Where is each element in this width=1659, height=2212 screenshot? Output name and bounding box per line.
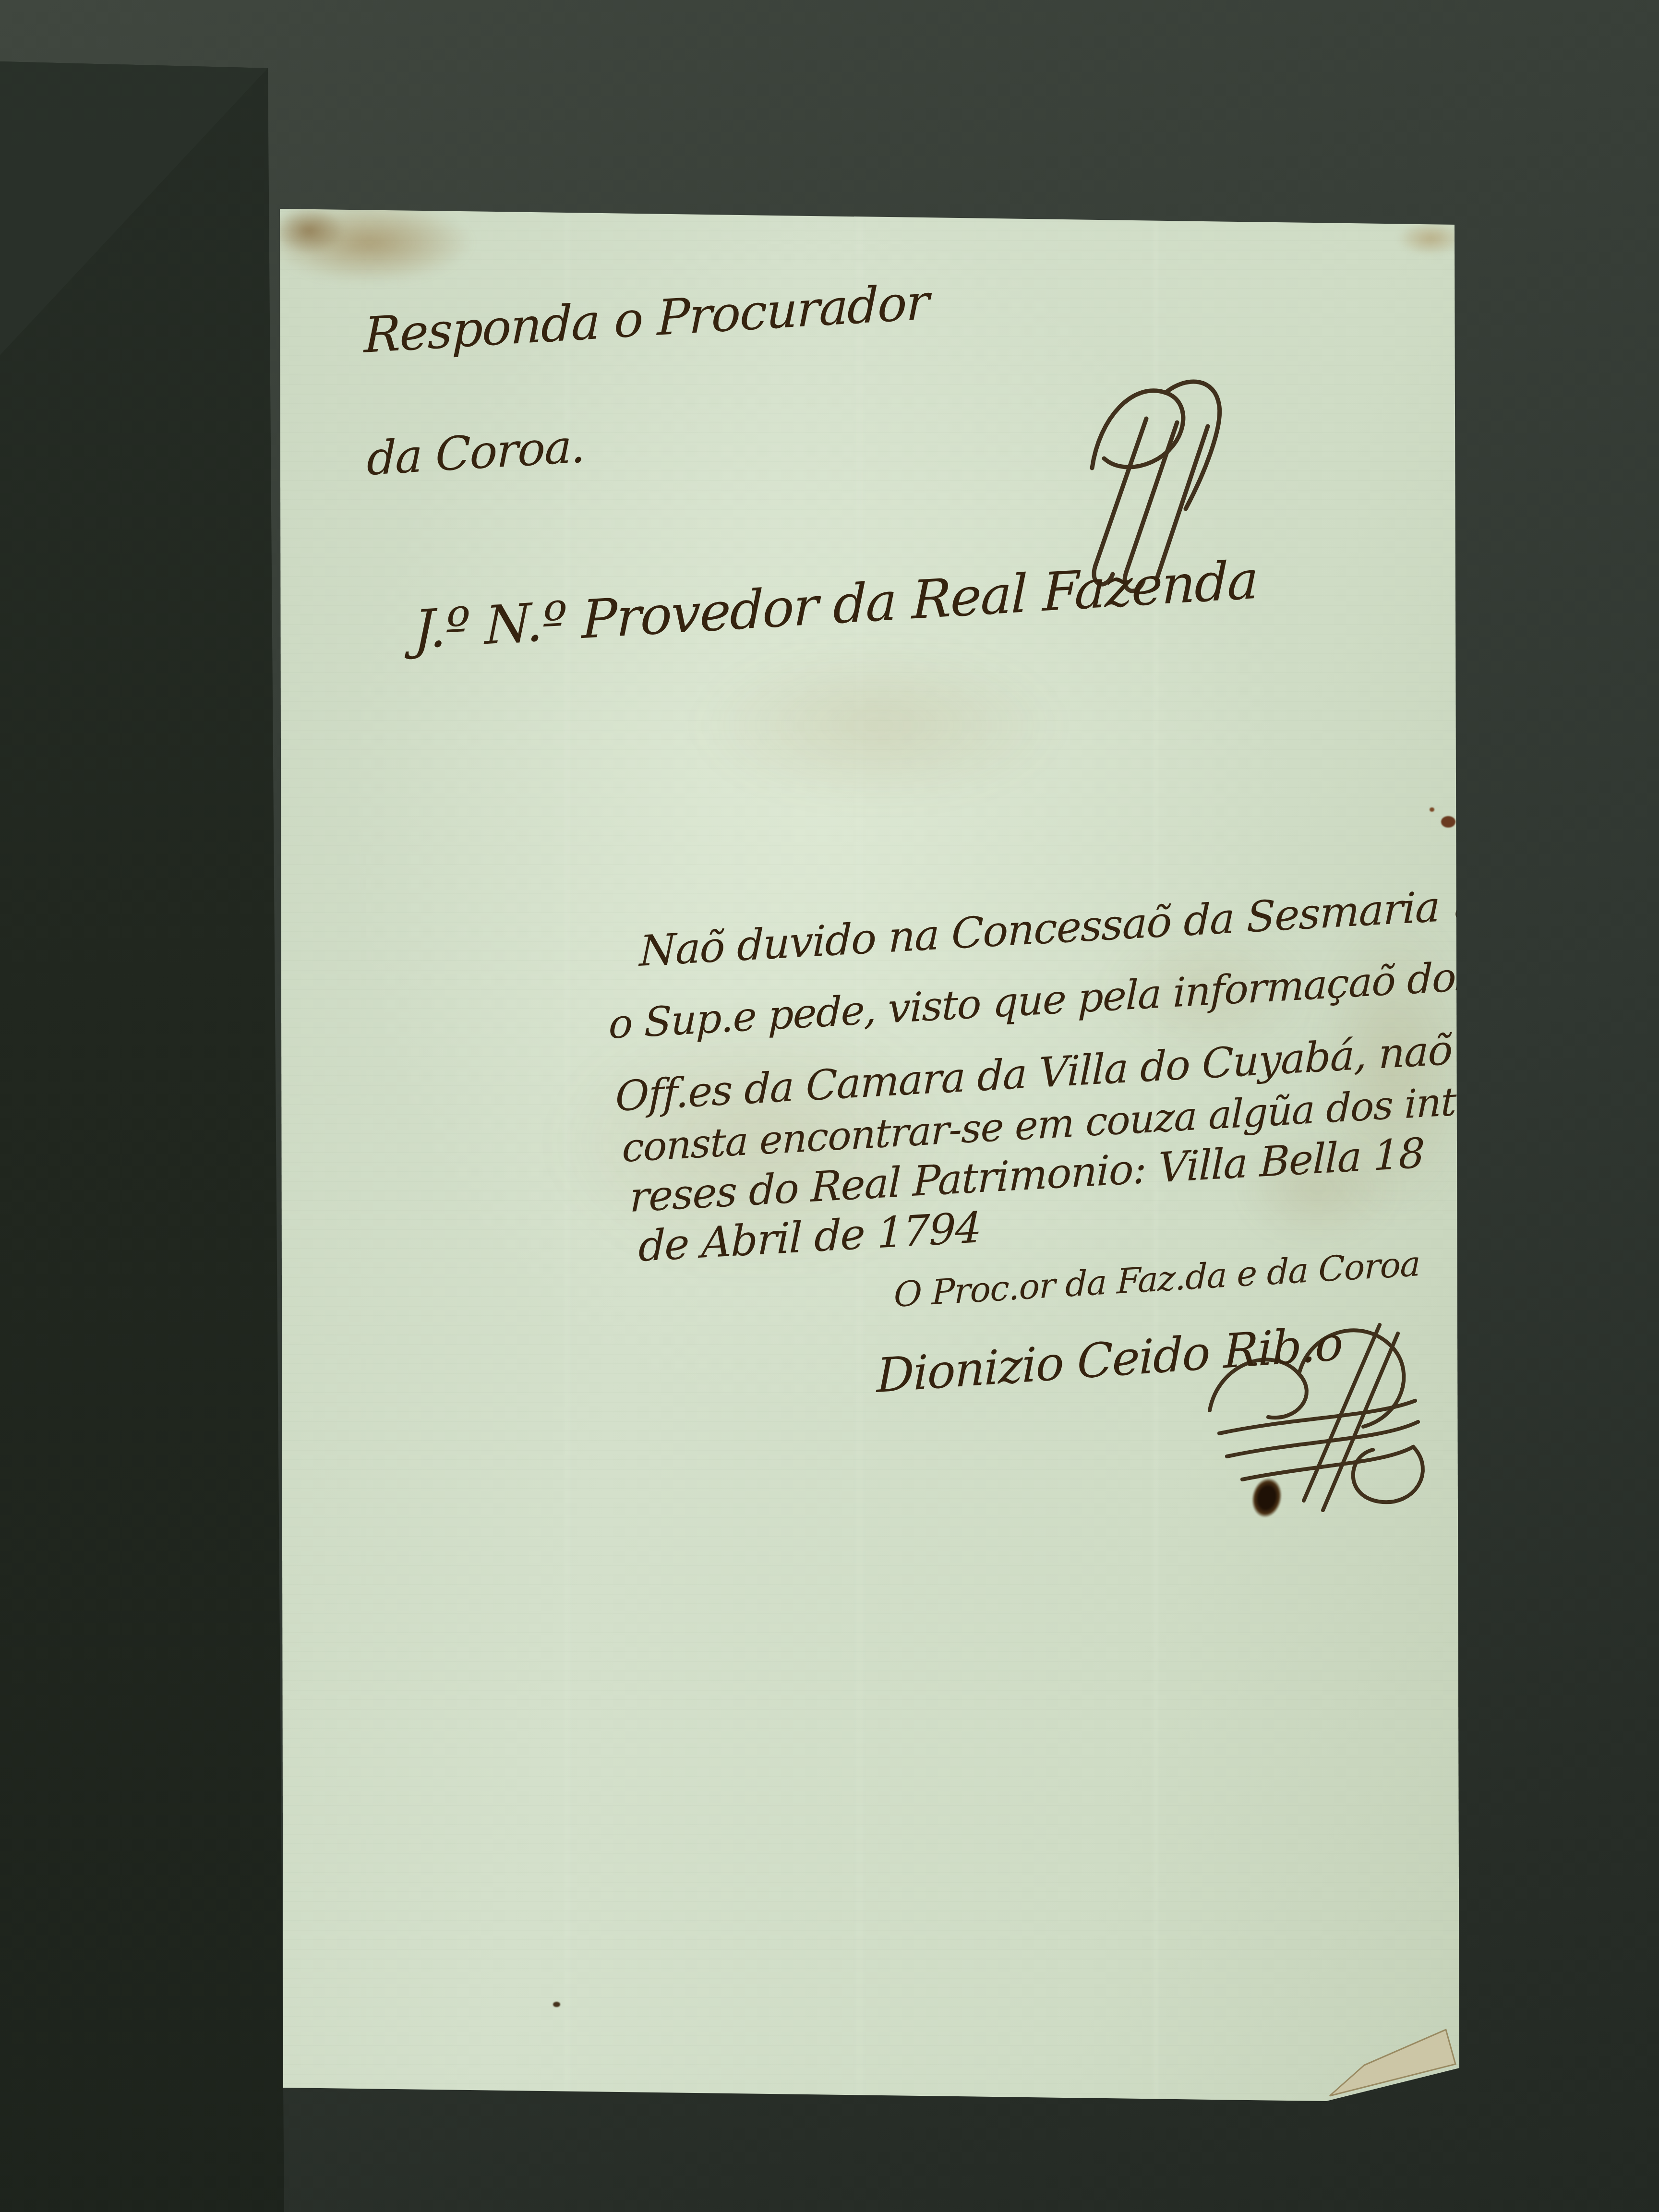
signature-flourish [1210,1325,1423,1510]
rubric-flourish [1092,382,1220,591]
photo-canvas: Responda o Procurador da Coroa. J.º N.º … [0,0,1659,2212]
